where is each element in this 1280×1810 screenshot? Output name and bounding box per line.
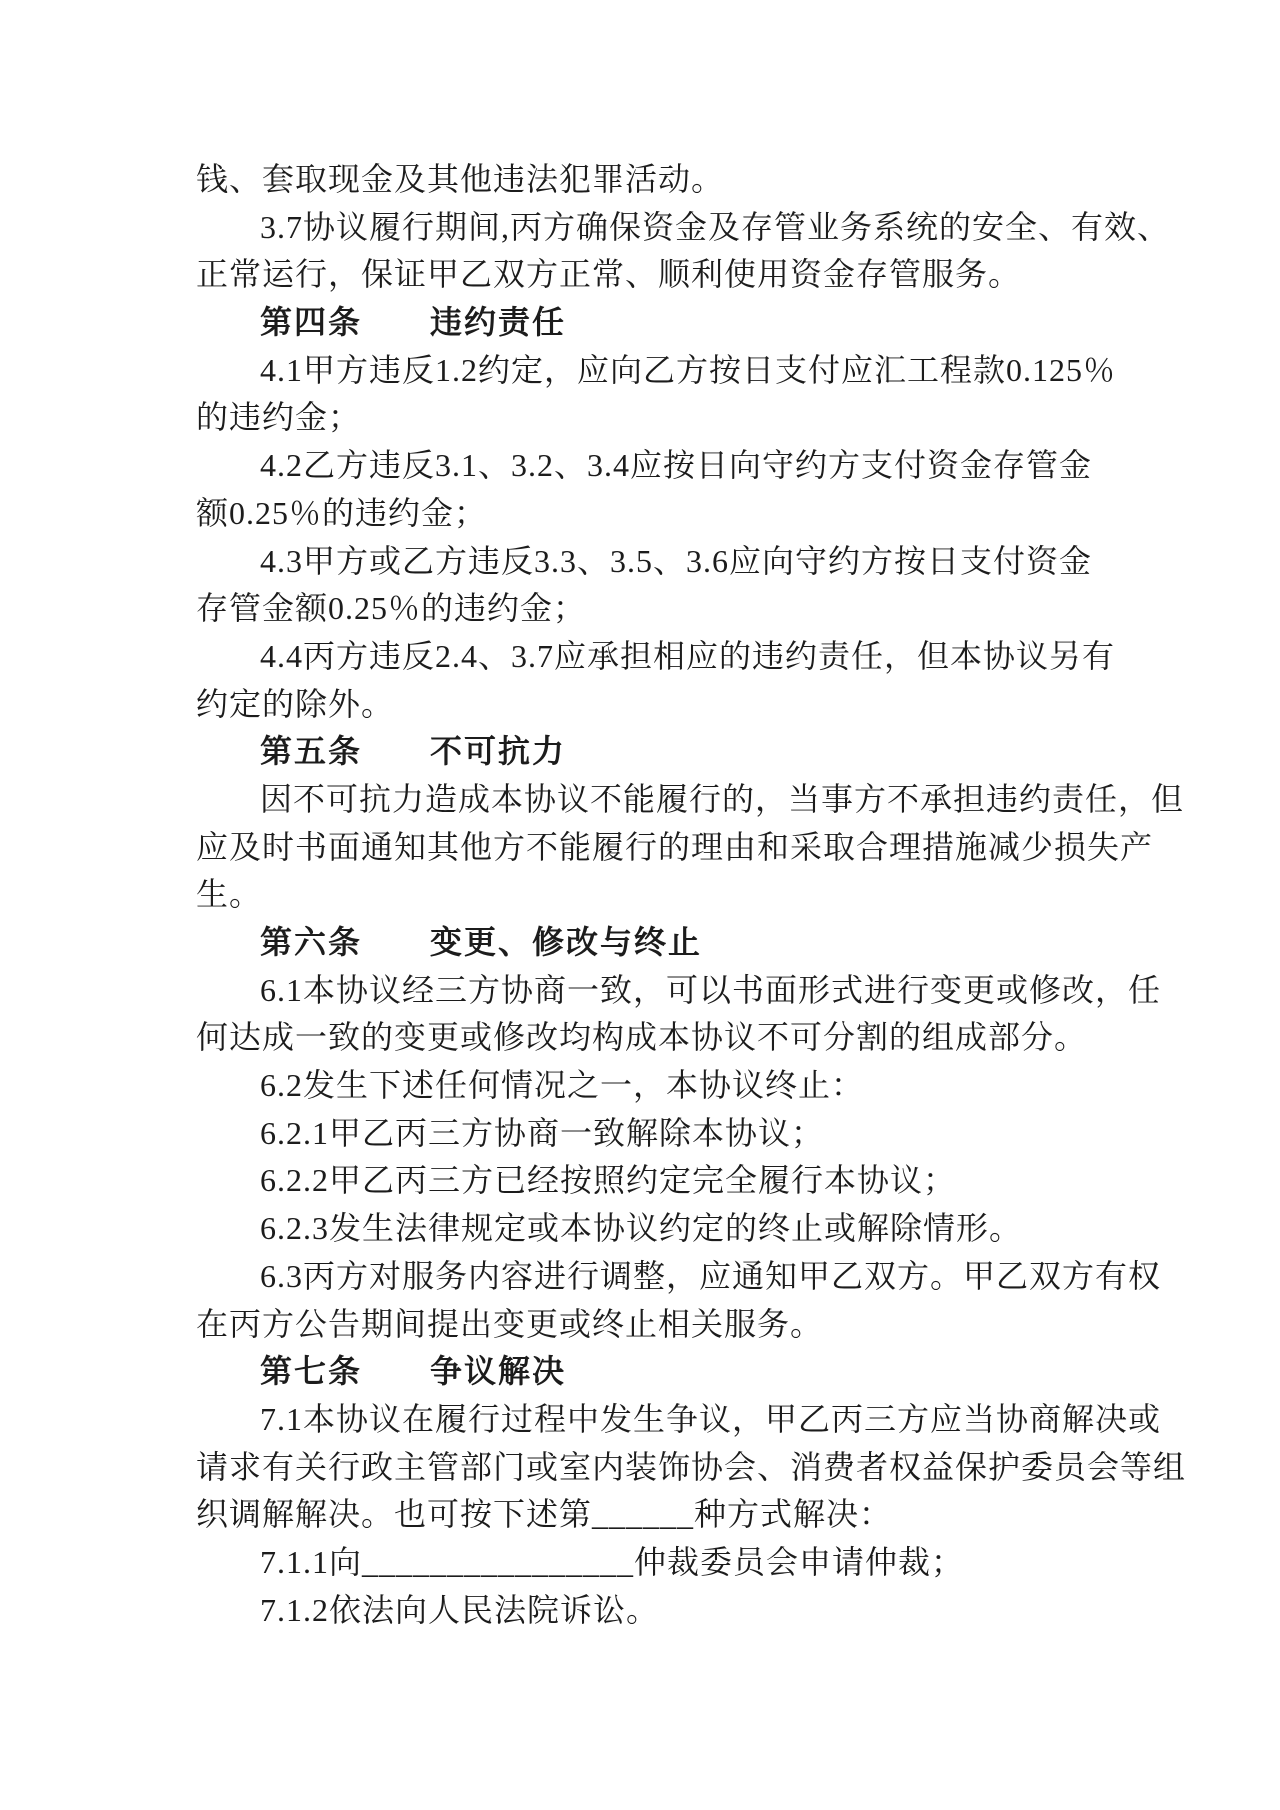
text-line: 正常运行，保证甲乙双方正常、顺利使用资金存管服务。 [196,251,1090,299]
text-line: 请求有关行政主管部门或室内装饰协会、消费者权益保护委员会等组 [196,1444,1090,1492]
text-line: 6.2发生下述任何情况之一，本协议终止： [196,1062,1090,1110]
text-line: 6.2.1甲乙丙三方协商一致解除本协议； [196,1110,1090,1158]
text-line: 钱、套取现金及其他违法犯罪活动。 [196,156,1090,204]
text-line: 4.1甲方违反1.2约定，应向乙方按日支付应汇工程款0.125％ [196,347,1090,395]
text-line: 7.1本协议在履行过程中发生争议，甲乙丙三方应当协商解决或 [196,1396,1090,1444]
text-line: 存管金额0.25％的违约金； [196,585,1090,633]
section-heading: 第六条 变更、修改与终止 [196,919,1090,967]
text-line: 额0.25％的违约金； [196,490,1090,538]
contract-body: 钱、套取现金及其他违法犯罪活动。3.7协议履行期间,丙方确保资金及存管业务系统的… [196,156,1090,1634]
text-line: 因不可抗力造成本协议不能履行的，当事方不承担违约责任，但 [196,776,1090,824]
section-heading: 第四条 违约责任 [196,299,1090,347]
text-line: 4.2乙方违反3.1、3.2、3.4应按日向守约方支付资金存管金 [196,442,1090,490]
text-line: 7.1.2依法向人民法院诉讼。 [196,1587,1090,1635]
text-line: 何达成一致的变更或修改均构成本协议不可分割的组成部分。 [196,1014,1090,1062]
text-line: 6.2.3发生法律规定或本协议约定的终止或解除情形。 [196,1205,1090,1253]
section-heading: 第五条 不可抗力 [196,728,1090,776]
text-line: 应及时书面通知其他方不能履行的理由和采取合理措施减少损失产 [196,824,1090,872]
text-line: 6.1本协议经三方协商一致，可以书面形式进行变更或修改，任 [196,967,1090,1015]
text-line: 3.7协议履行期间,丙方确保资金及存管业务系统的安全、有效、 [196,204,1090,252]
text-line: 约定的除外。 [196,681,1090,729]
document-page: 钱、套取现金及其他违法犯罪活动。3.7协议履行期间,丙方确保资金及存管业务系统的… [0,0,1280,1810]
text-line: 6.3丙方对服务内容进行调整，应通知甲乙双方。甲乙双方有权 [196,1253,1090,1301]
text-line: 织调解解决。也可按下述第______种方式解决： [196,1491,1090,1539]
text-line: 4.3甲方或乙方违反3.3、3.5、3.6应向守约方按日支付资金 [196,538,1090,586]
text-line: 在丙方公告期间提出变更或终止相关服务。 [196,1301,1090,1349]
text-line: 4.4丙方违反2.4、3.7应承担相应的违约责任，但本协议另有 [196,633,1090,681]
text-line: 的违约金； [196,394,1090,442]
text-line: 6.2.2甲乙丙三方已经按照约定完全履行本协议； [196,1157,1090,1205]
text-line: 7.1.1向________________仲裁委员会申请仲裁； [196,1539,1090,1587]
section-heading: 第七条 争议解决 [196,1348,1090,1396]
text-line: 生。 [196,871,1090,919]
